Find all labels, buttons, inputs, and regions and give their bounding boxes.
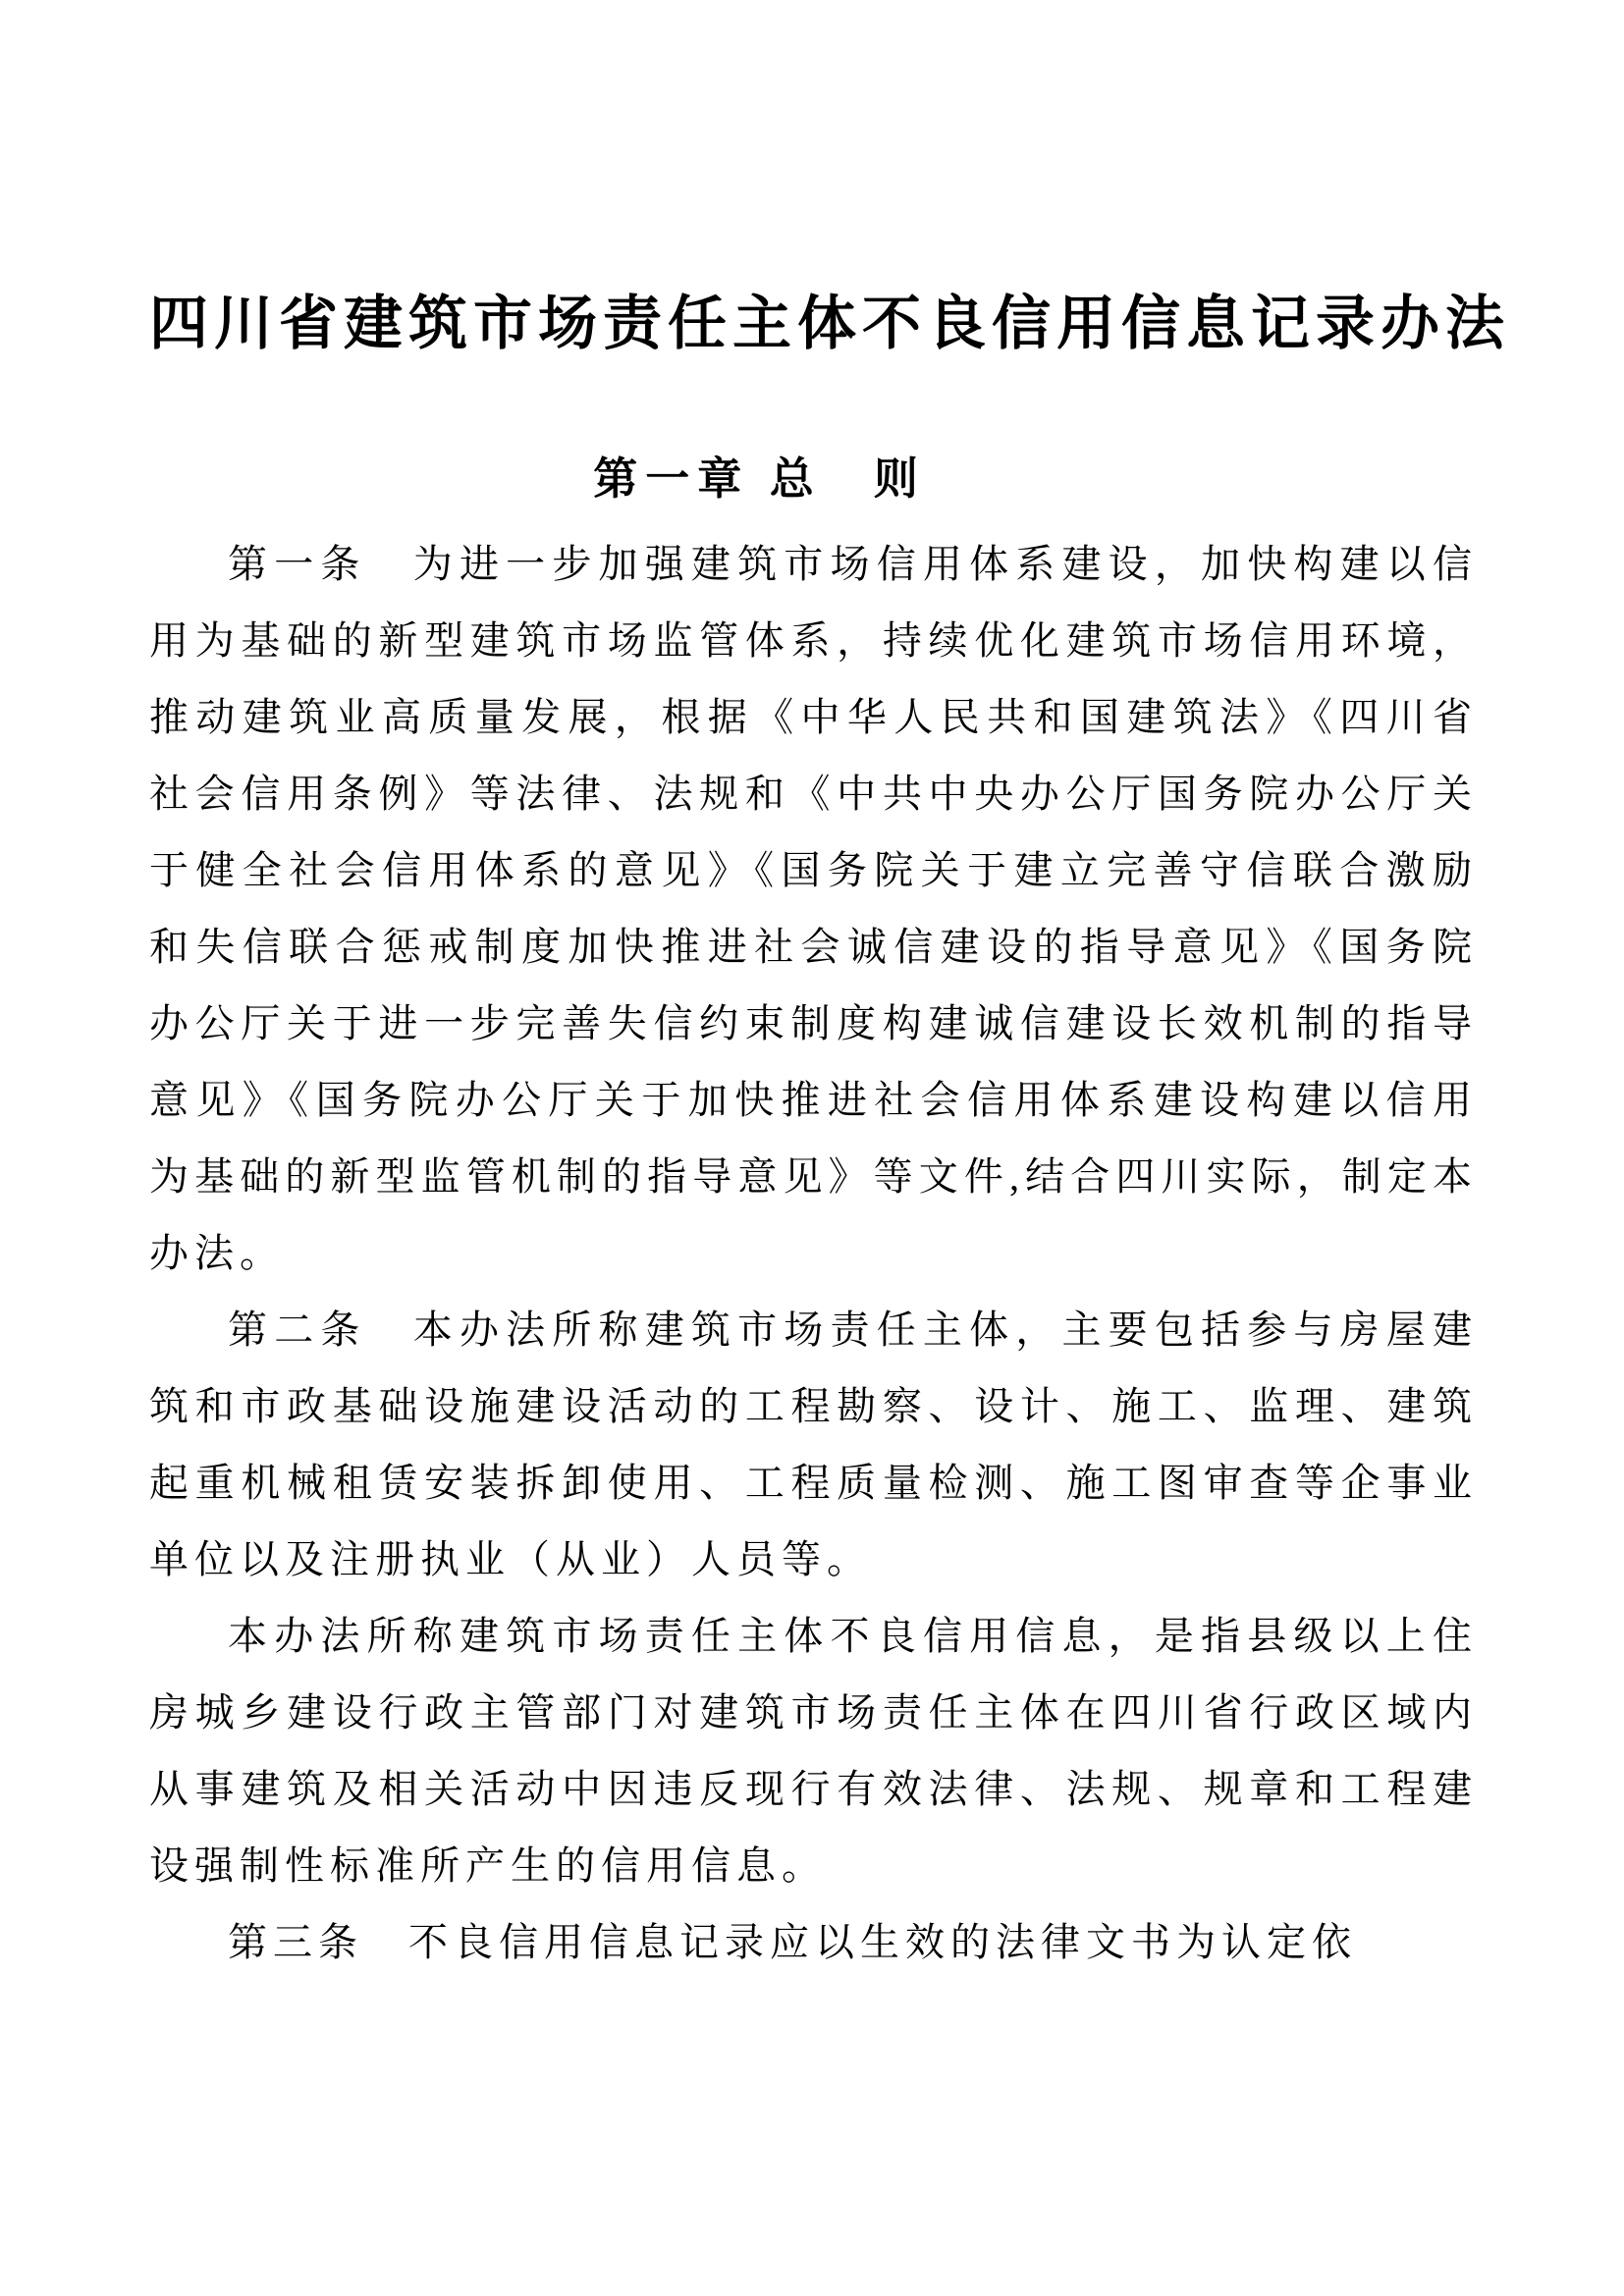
paragraph-article-2: 第二条 本办法所称建筑市场责任主体，主要包括参与房屋建筑和市政基础设施建设活动的… <box>149 1292 1478 1598</box>
paragraph-article-3: 第三条 不良信用信息记录应以生效的法律文书为认定依 <box>149 1904 1478 1981</box>
document-body: 第一条 为进一步加强建筑市场信用体系建设，加快构建以信用为基础的新型建筑市场监管… <box>149 526 1478 1981</box>
paragraph-article-2-definition: 本办法所称建筑市场责任主体不良信用信息，是指县级以上住房城乡建设行政主管部门对建… <box>149 1598 1478 1904</box>
chapter-heading: 第一章 总 则 <box>95 454 1424 504</box>
document-title: 四川省建筑市场责任主体不良信用信息记录办法 <box>149 292 1478 356</box>
document-page: 四川省建筑市场责任主体不良信用信息记录办法 第一章 总 则 第一条 为进一步加强… <box>0 0 1624 2296</box>
paragraph-article-1: 第一条 为进一步加强建筑市场信用体系建设，加快构建以信用为基础的新型建筑市场监管… <box>149 526 1478 1292</box>
